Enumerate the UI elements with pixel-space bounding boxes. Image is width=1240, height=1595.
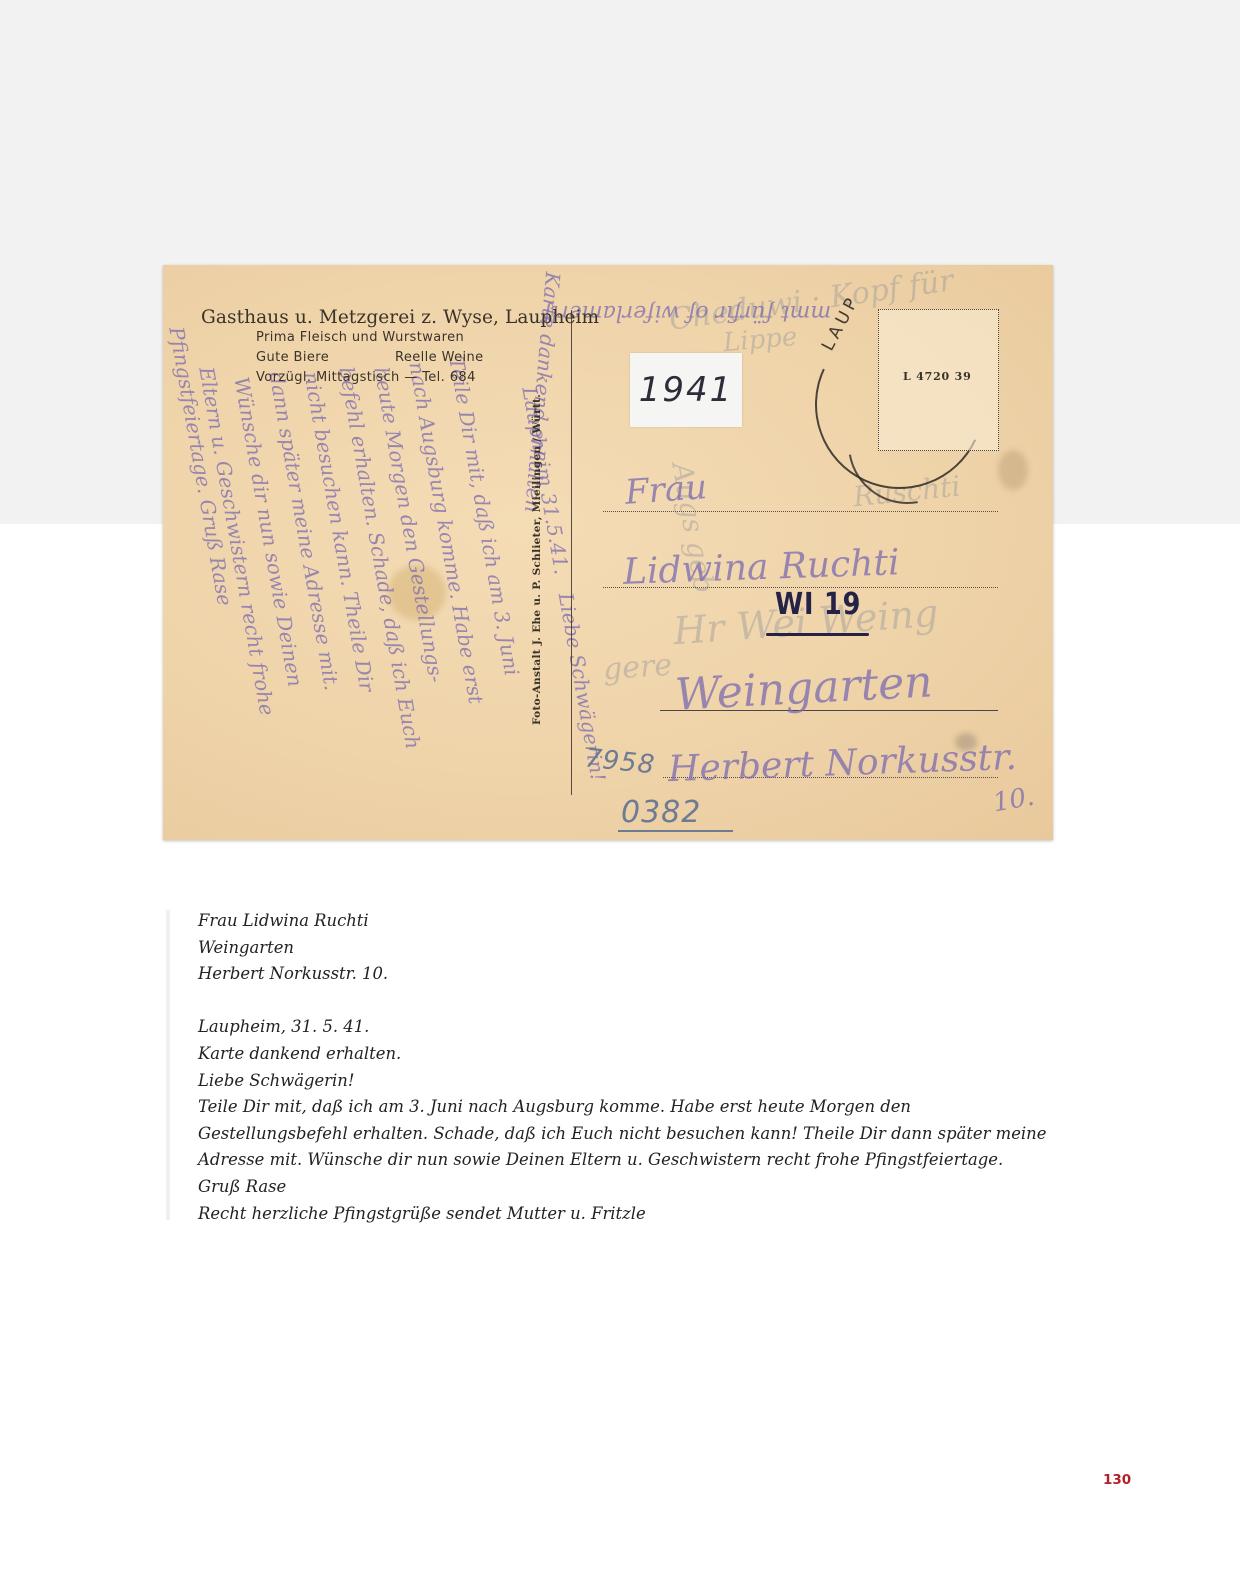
address-line: [603, 511, 998, 512]
handwritten-address-line: Frau: [624, 467, 709, 513]
transcript-message-line: Gruß Rase: [198, 1174, 1058, 1201]
stamp-box-code: L 4720 39: [903, 370, 972, 383]
handwritten-address-line: Herbert Norkusstr.: [667, 737, 1017, 790]
page-number: 130: [1103, 1472, 1131, 1488]
handwritten-address-line: Lidwina Ruchti: [622, 542, 900, 593]
district-mark: WI 19: [775, 587, 861, 622]
letterhead-title: Gasthaus u. Metzgerei z. Wyse, Laupheim: [201, 307, 599, 328]
letterhead-line: Vorzügl. Mittagstisch — Tel. 684: [256, 368, 599, 388]
postcard-divider: [571, 310, 572, 795]
transcript-spacer: [198, 988, 1058, 1015]
transcript-message-line: Laupheim, 31. 5. 41.: [198, 1014, 1058, 1041]
transcript-text: Frau Lidwina Ruchti Weingarten Herbert N…: [198, 908, 1058, 1227]
year-label: 1941: [630, 353, 742, 427]
transcript-address-line: Herbert Norkusstr. 10.: [198, 961, 1058, 988]
letterhead-line-left: Gute Biere: [256, 348, 395, 368]
printed-letterhead: Gasthaus u. Metzgerei z. Wyse, Laupheim …: [201, 307, 599, 388]
pencil-handwriting: gere: [602, 648, 673, 688]
handwritten-address-suffix: 10.: [991, 782, 1037, 819]
stamp-box: L 4720 39: [878, 309, 999, 451]
transcript-message-line: Liebe Schwägerin!: [198, 1068, 1058, 1095]
transcript-message-body: Teile Dir mit, daß ich am 3. Juni nach A…: [198, 1094, 1058, 1174]
postcard-image: Cheduwi · Kopf für Lippe Augs geb Hr Wei…: [163, 265, 1053, 840]
archive-number-underline: [618, 830, 733, 832]
letterhead-line: Prima Fleisch und Wurstwaren: [256, 328, 599, 348]
transcript-address-line: Frau Lidwina Ruchti: [198, 908, 1058, 935]
district-mark-underline: [766, 633, 869, 636]
publisher-imprint: Foto-Anstalt J. Ehe u. P. Schlieter, Mie…: [531, 394, 543, 725]
letterhead-line-right: Reelle Weine: [395, 348, 484, 368]
transcript-address-line: Weingarten: [198, 935, 1058, 962]
archive-number: 0382: [621, 795, 701, 830]
transcript-message-line: Recht herzliche Pfingstgrüße sendet Mutt…: [198, 1201, 1058, 1228]
transcript-block: Frau Lidwina Ruchti Weingarten Herbert N…: [166, 910, 1070, 1220]
transcript-message-line: Karte dankend erhalten.: [198, 1041, 1058, 1068]
letterhead-line: Gute Biere Reelle Weine: [256, 348, 599, 368]
handwritten-address-line: Weingarten: [674, 656, 934, 720]
paper-stain: [998, 450, 1028, 490]
